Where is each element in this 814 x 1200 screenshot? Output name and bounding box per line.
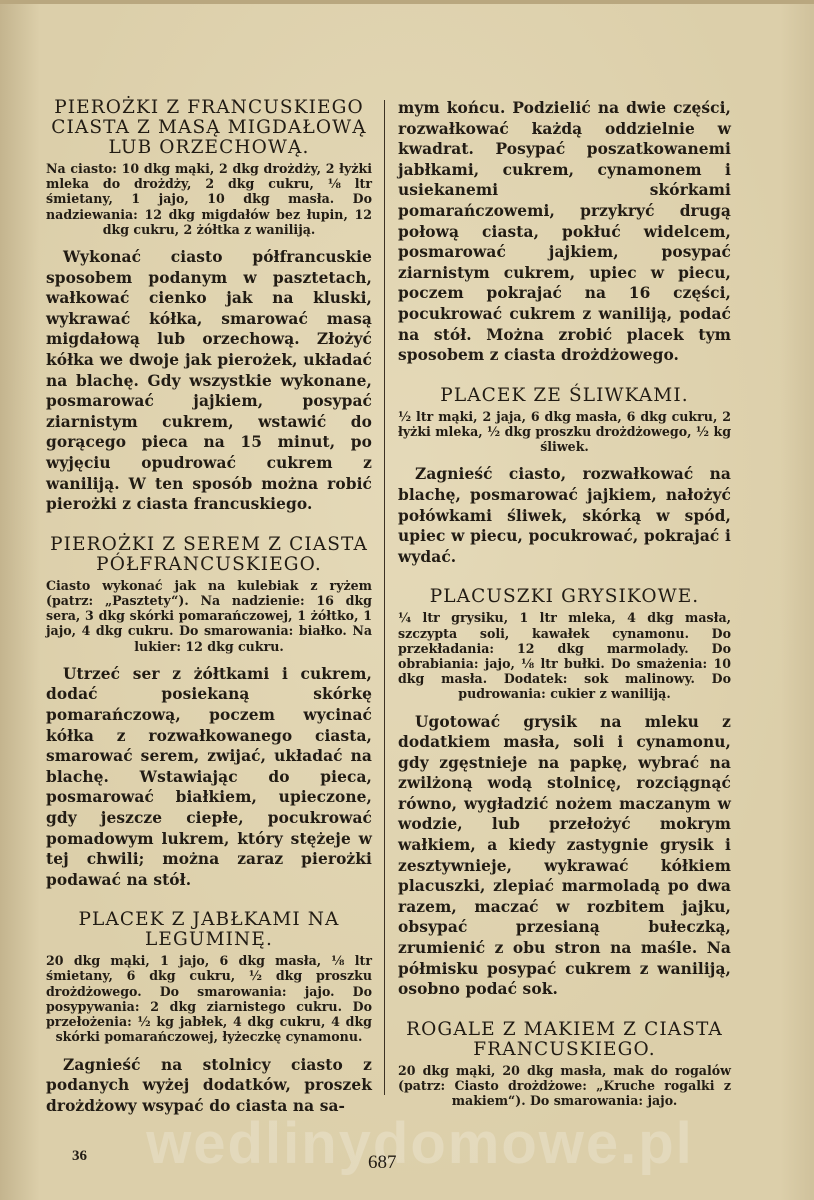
recipe-instructions: Ugotować grysik na mleku z dodatkiem mas… xyxy=(398,712,731,1000)
recipe-ingredients: ½ ltr mąki, 2 jaja, 6 dkg masła, 6 dkg c… xyxy=(398,409,731,455)
page-number: 687 xyxy=(368,1152,397,1174)
recipe-title: PLACUSZKI GRYSIKOWE. xyxy=(398,587,731,607)
recipe-title: PLACEK ZE ŚLIWKAMI. xyxy=(398,386,731,406)
recipe-ingredients: 20 dkg mąki, 20 dkg masła, mak do rogaló… xyxy=(398,1063,731,1109)
recipe-instructions: Wykonać ciasto półfrancuskie sposobem po… xyxy=(46,247,372,515)
recipe-title: PIEROŻKI Z FRANCUSKIEGO CIASTA Z MASĄ MI… xyxy=(46,98,372,158)
recipe-placuszki-grysikowe: PLACUSZKI GRYSIKOWE. ¼ ltr grysiku, 1 lt… xyxy=(398,587,731,1000)
recipe-instructions: Zagnieść na stolnicy ciasto z podanych w… xyxy=(46,1055,372,1117)
recipe-continuation: mym końcu. Podzielić na dwie części, roz… xyxy=(398,98,731,366)
recipe-ingredients: Na ciasto: 10 dkg mąki, 2 dkg drożdży, 2… xyxy=(46,161,372,237)
recipe-rogale-z-makiem: ROGALE Z MAKIEM Z CIASTA FRANCUSKIEGO. 2… xyxy=(398,1020,731,1109)
recipe-instructions: Zagnieść ciasto, rozwałkować na blachę, … xyxy=(398,464,731,567)
recipe-pierozki-z-serem: PIEROŻKI Z SEREM Z CIASTA PÓŁFRANCUSKIEG… xyxy=(46,535,372,891)
right-column: mym końcu. Podzielić na dwie części, roz… xyxy=(398,98,731,1128)
recipe-ingredients: ¼ ltr grysiku, 1 ltr mleka, 4 dkg masła,… xyxy=(398,610,731,701)
recipe-title: PIEROŻKI Z SEREM Z CIASTA PÓŁFRANCUSKIEG… xyxy=(46,535,372,575)
book-page: PIEROŻKI Z FRANCUSKIEGO CIASTA Z MASĄ MI… xyxy=(0,0,814,1200)
left-column: PIEROŻKI Z FRANCUSKIEGO CIASTA Z MASĄ MI… xyxy=(46,98,372,1136)
column-divider xyxy=(384,100,385,1095)
recipe-placek-z-jablkami: PLACEK Z JABŁKAMI NA LEGUMINĘ. 20 dkg mą… xyxy=(46,910,372,1116)
recipe-ingredients: Ciasto wykonać jak na kulebiak z ryżem (… xyxy=(46,578,372,654)
recipe-title: PLACEK Z JABŁKAMI NA LEGUMINĘ. xyxy=(46,910,372,950)
recipe-instructions: Utrzeć ser z żółtkami i cukrem, dodać po… xyxy=(46,664,372,891)
recipe-ingredients: 20 dkg mąki, 1 jajo, 6 dkg masła, ⅛ ltr … xyxy=(46,953,372,1044)
signature-mark: 36 xyxy=(72,1148,87,1165)
recipe-instructions-continued: mym końcu. Podzielić na dwie części, roz… xyxy=(398,98,731,366)
recipe-title: ROGALE Z MAKIEM Z CIASTA FRANCUSKIEGO. xyxy=(398,1020,731,1060)
recipe-placek-ze-sliwkami: PLACEK ZE ŚLIWKAMI. ½ ltr mąki, 2 jaja, … xyxy=(398,386,731,568)
recipe-pierozki-migdalowe: PIEROŻKI Z FRANCUSKIEGO CIASTA Z MASĄ MI… xyxy=(46,98,372,515)
